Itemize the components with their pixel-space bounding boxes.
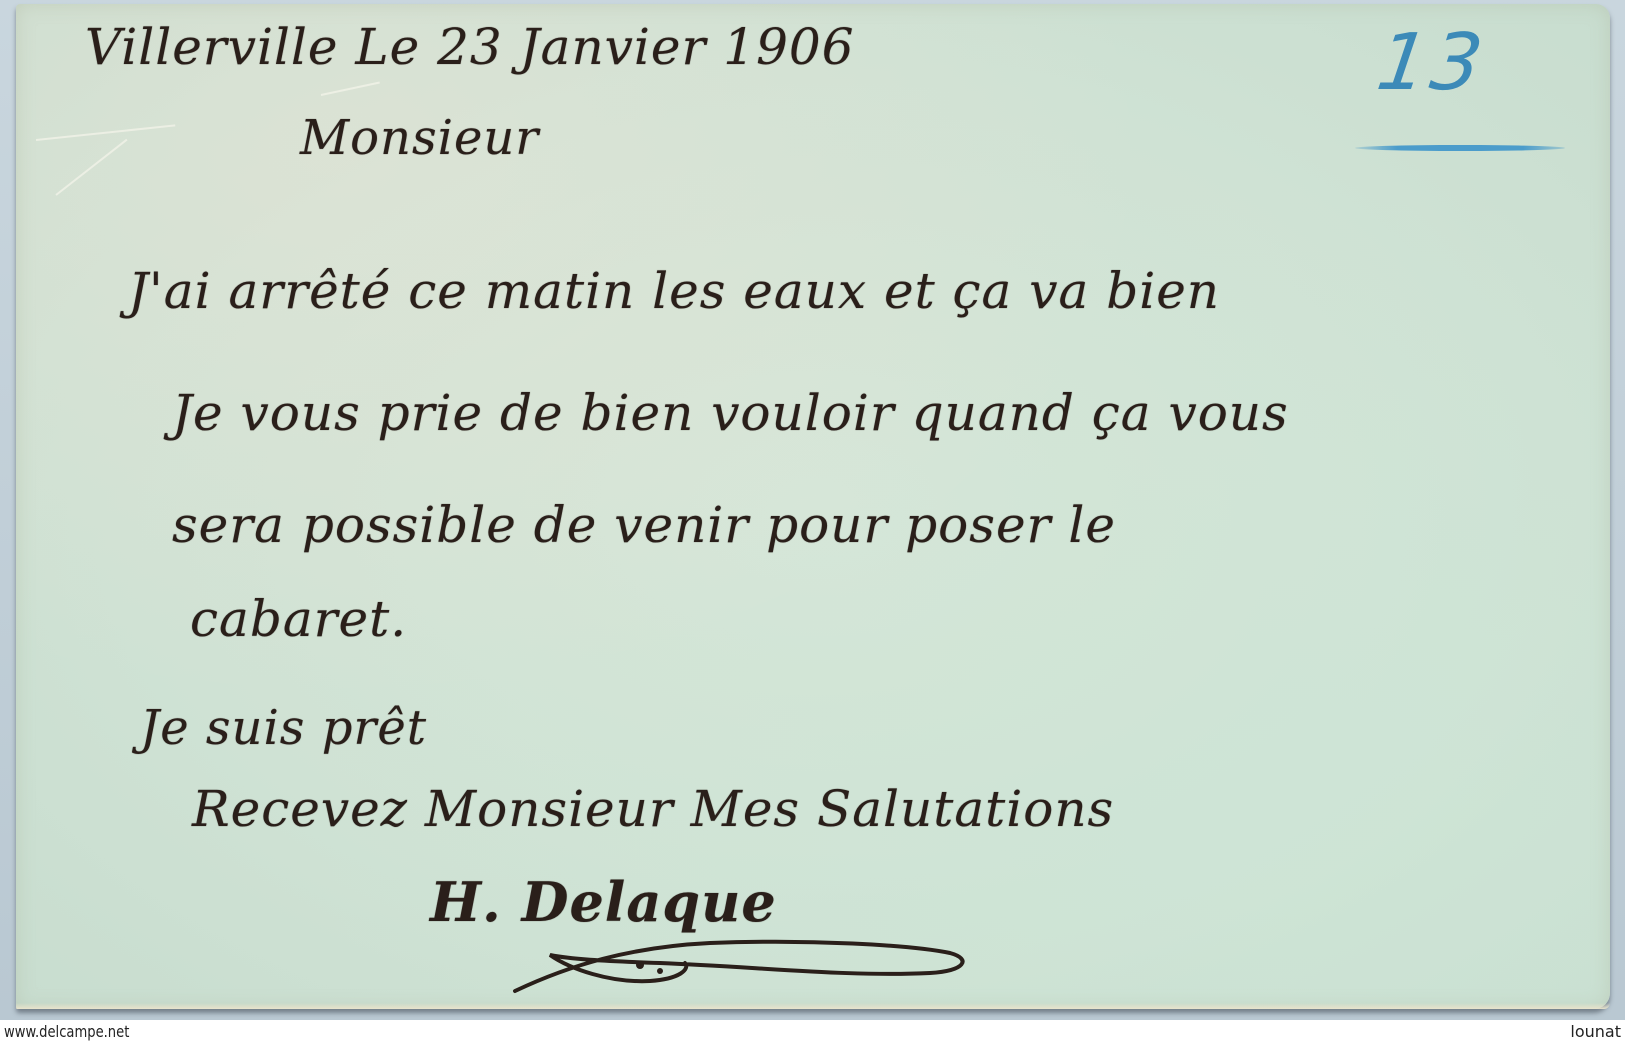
paper-crease bbox=[55, 139, 127, 196]
reference-number: 13 bbox=[1372, 18, 1492, 108]
letter-closing-line: Je suis prêt bbox=[140, 700, 427, 756]
letter-closing-line: Recevez Monsieur Mes Salutations bbox=[192, 780, 1114, 838]
watermark-site: www.delcampe.net bbox=[4, 1022, 129, 1041]
watermark-footer: www.delcampe.net lounat bbox=[0, 1020, 1625, 1044]
letter-body-line: Je vous prie de bien vouloir quand ça vo… bbox=[172, 384, 1289, 442]
watermark-seller: lounat bbox=[1570, 1022, 1621, 1041]
signature-flourish-icon bbox=[510, 925, 970, 995]
paper-crease bbox=[321, 82, 380, 96]
letter-body-line: sera possible de venir pour poser le bbox=[172, 496, 1116, 554]
paper-crease bbox=[36, 124, 175, 141]
letter-body-line: cabaret. bbox=[190, 590, 407, 648]
letter-date-line: Villerville Le 23 Janvier 1906 bbox=[85, 18, 855, 76]
letter-body-line: J'ai arrêté ce matin les eaux et ça va b… bbox=[128, 262, 1220, 320]
letter-salutation: Monsieur bbox=[300, 110, 539, 166]
reference-underline bbox=[1355, 145, 1565, 151]
